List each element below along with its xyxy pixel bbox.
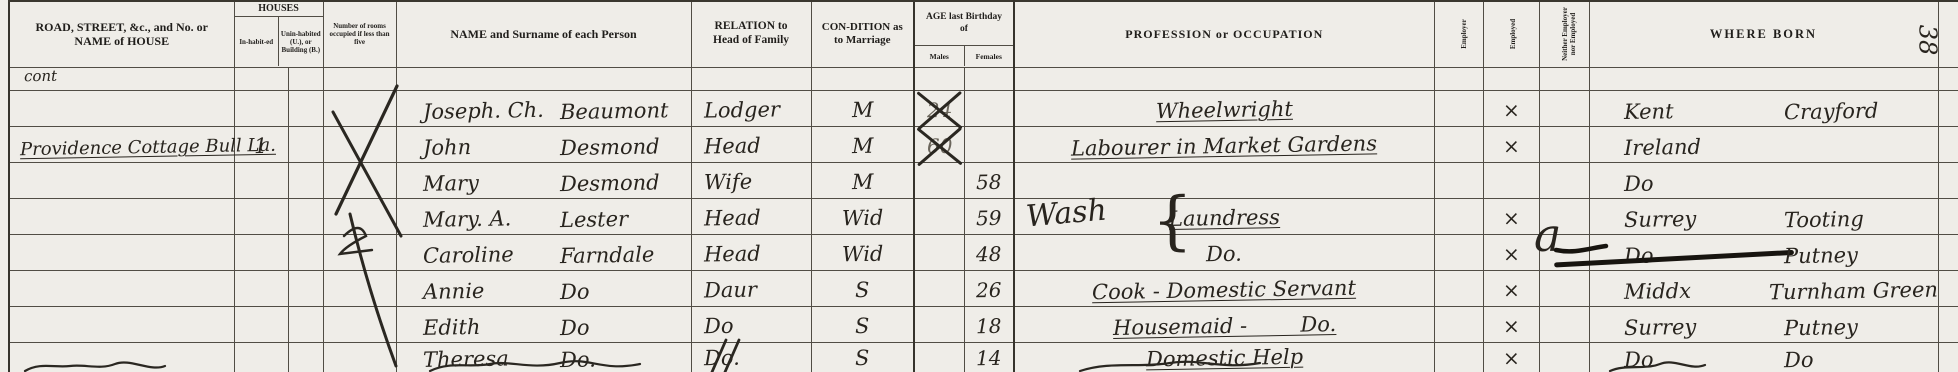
- age-female-value: 18: [976, 315, 1002, 335]
- born-county: Middx: [1589, 279, 1762, 303]
- condition-value: S: [855, 315, 870, 336]
- name-cell: EdithDo: [396, 306, 691, 342]
- age-male-cell: [914, 67, 964, 90]
- males-header-label: Males: [915, 46, 964, 66]
- employed-cell: ×: [1483, 342, 1539, 372]
- age-female-cell: 48: [964, 234, 1014, 270]
- name-cell: MaryDesmond: [396, 162, 691, 198]
- employer-cell: [1434, 234, 1483, 270]
- age-male-cell: [914, 306, 964, 342]
- rooms-header-label: Number of rooms occupied if less than fi…: [324, 22, 396, 47]
- forename: Theresa: [396, 347, 553, 371]
- relation-cell: [691, 67, 811, 90]
- relation-cell: Daur: [691, 270, 811, 306]
- uninhabited-cell: [288, 90, 323, 126]
- employer-cell: [1434, 342, 1483, 372]
- inhabited-cell: [234, 198, 288, 234]
- neither-cell: [1539, 198, 1589, 234]
- born-place: Turnham Green: [1762, 279, 1937, 303]
- age-female-cell: 26: [964, 270, 1014, 306]
- road-cell: Providence Cottage Bull La.: [9, 126, 234, 162]
- occupation-cell: Labourer in Market Gardens: [1014, 126, 1434, 162]
- surname: Desmond: [553, 171, 690, 194]
- born-county: Ireland: [1589, 135, 1777, 159]
- born-cell: SurreyPutney: [1589, 306, 1938, 342]
- occupation-value: Labourer in Market Gardens: [1071, 133, 1377, 159]
- age-female-value: 48: [976, 243, 1002, 263]
- age-male-crossed: 60: [926, 135, 952, 155]
- age-female-value: 26: [976, 279, 1002, 299]
- edge-cell: [1938, 306, 1958, 342]
- age-subheaders: Males Females: [915, 46, 1013, 66]
- inhabited-cell: [234, 234, 288, 270]
- employed-mark: ×: [1502, 315, 1519, 335]
- born-place: Putney: [1777, 243, 1937, 267]
- census-table: ROAD, STREET, &c., and No. or NAME of HO…: [8, 0, 1958, 372]
- road-cell: [9, 342, 234, 372]
- road-cell: [9, 198, 234, 234]
- age-male-cell: [914, 270, 964, 306]
- employed-cell: ×: [1483, 306, 1539, 342]
- employer-header-label: Employer: [1441, 5, 1484, 63]
- houses-subheaders: In-habit-ed Unin-habited (U.), or Buildi…: [235, 17, 323, 66]
- relation-value: Daur: [703, 279, 756, 301]
- condition-value: M: [851, 135, 873, 156]
- females-header-label: Females: [964, 46, 1014, 66]
- neither-cell: [1539, 342, 1589, 372]
- surname: Farndale: [553, 243, 690, 266]
- census-row-farndale: CarolineFarndale Head Wid 48 Do. × DoPut…: [9, 234, 1958, 270]
- name-cell: Joseph. Ch.Beaumont: [396, 90, 691, 126]
- col-header-relation: RELATION to Head of Family: [691, 1, 811, 67]
- age-male-cell: 60: [914, 126, 964, 162]
- continuation-mark: cont: [24, 68, 57, 84]
- road-cell: [9, 90, 234, 126]
- employer-cell: [1434, 162, 1483, 198]
- surname: Beaumont: [553, 99, 690, 122]
- edge-cell: [1938, 234, 1958, 270]
- neither-cell: [1539, 270, 1589, 306]
- name-cell: AnnieDo: [396, 270, 691, 306]
- condition-value: S: [855, 347, 870, 368]
- relation-value: Head: [703, 207, 760, 229]
- employed-mark: ×: [1502, 99, 1519, 119]
- road-header-label: ROAD, STREET, &c., and No. or NAME of HO…: [10, 20, 234, 49]
- born-cell: Do: [1589, 162, 1938, 198]
- inhabited-cell: [234, 270, 288, 306]
- uninhabited-cell: [288, 234, 323, 270]
- occupation-value: Domestic Help: [1146, 346, 1303, 370]
- occupation-value: Laundress: [1169, 207, 1280, 230]
- neither-cell: [1539, 90, 1589, 126]
- rooms-cell: [323, 270, 396, 306]
- surname-ditto: Do: [553, 279, 690, 302]
- road-cell: [9, 270, 234, 306]
- road-cell: [9, 234, 234, 270]
- edge-cell: [1938, 270, 1958, 306]
- occupation-header-label: PROFESSION or OCCUPATION: [1015, 27, 1434, 41]
- employed-cell: ×: [1483, 90, 1539, 126]
- age-male-cell: [914, 342, 964, 372]
- employed-cell: ×: [1483, 234, 1539, 270]
- name-cell: Mary. A.Lester: [396, 198, 691, 234]
- employer-cell: [1434, 126, 1483, 162]
- age-group-label: AGE last Birthday of: [915, 2, 1013, 46]
- uninhabited-cell: [288, 67, 323, 90]
- census-row-john-desmond: Providence Cottage Bull La. 1 JohnDesmon…: [9, 126, 1958, 162]
- neither-cell: [1539, 162, 1589, 198]
- census-row-lester: Mary. A.Lester Head Wid 59 Laundress × S…: [9, 198, 1958, 234]
- age-female-cell: 58: [964, 162, 1014, 198]
- employed-cell: ×: [1483, 198, 1539, 234]
- inhabited-cell: [234, 306, 288, 342]
- born-county: Surrey: [1589, 207, 1777, 231]
- relation-value: Head: [703, 243, 760, 265]
- occupation-cell: Do.: [1014, 234, 1434, 270]
- neither-cell: [1539, 126, 1589, 162]
- occupation-value: Housemaid - Do.: [1112, 314, 1336, 339]
- col-header-neither: Neither Employer nor Employed: [1539, 1, 1589, 67]
- col-header-employer: Employer: [1434, 1, 1483, 67]
- employed-header-label: Employed: [1490, 5, 1536, 63]
- col-header-name: NAME and Surname of each Person: [396, 1, 691, 67]
- condition-cell: M: [811, 126, 914, 162]
- inhabited-cell: [234, 67, 288, 90]
- uninhabited-cell: [288, 306, 323, 342]
- born-cell: [1589, 67, 1938, 90]
- employed-cell: ×: [1483, 270, 1539, 306]
- condition-cell: [811, 67, 914, 90]
- age-female-cell: [964, 67, 1014, 90]
- born-cell: MiddxTurnham Green: [1589, 270, 1938, 306]
- born-cell: DoPutney: [1589, 234, 1938, 270]
- uninhabited-cell: [288, 198, 323, 234]
- col-header-houses: HOUSES In-habit-ed Unin-habited (U.), or…: [234, 1, 323, 67]
- condition-cell: S: [811, 342, 914, 372]
- born-county: Kent: [1589, 99, 1777, 123]
- age-female-value: 59: [976, 207, 1002, 227]
- occupation-cell: [1014, 67, 1434, 90]
- col-header-occupation: PROFESSION or OCCUPATION: [1014, 1, 1434, 67]
- age-female-cell: [964, 126, 1014, 162]
- rooms-cell: [323, 306, 396, 342]
- name-cell: CarolineFarndale: [396, 234, 691, 270]
- age-female-cell: [964, 90, 1014, 126]
- surname-ditto: Do: [553, 315, 690, 338]
- employer-cell: [1434, 67, 1483, 90]
- condition-value: Wid: [841, 243, 883, 265]
- uninhabited-cell: [288, 342, 323, 372]
- forename: Edith: [396, 315, 553, 339]
- born-place: Tooting: [1777, 207, 1937, 231]
- inhabited-cell: [234, 90, 288, 126]
- occupation-cell: [1014, 162, 1434, 198]
- census-row-edith: EdithDo Do S 18 Housemaid - Do. × Surrey…: [9, 306, 1958, 342]
- rooms-cell: [323, 126, 396, 162]
- born-place: Putney: [1777, 315, 1937, 339]
- surname: Desmond: [553, 135, 690, 158]
- employer-cell: [1434, 270, 1483, 306]
- occupation-value: Cook - Domestic Servant: [1092, 277, 1356, 303]
- occupation-cell: Cook - Domestic Servant: [1014, 270, 1434, 306]
- age-female-cell: 14: [964, 342, 1014, 372]
- name-cell: [396, 67, 691, 90]
- occupation-value: Do.: [1206, 243, 1242, 265]
- employer-cell: [1434, 90, 1483, 126]
- road-cell: cont: [9, 67, 234, 90]
- born-place: [1777, 135, 1937, 159]
- edge-cell: [1938, 126, 1958, 162]
- born-county: Surrey: [1589, 315, 1777, 339]
- relation-cell: Wife: [691, 162, 811, 198]
- col-header-road: ROAD, STREET, &c., and No. or NAME of HO…: [9, 1, 234, 67]
- condition-cell: Wid: [811, 234, 914, 270]
- uninhabited-cell: [288, 162, 323, 198]
- census-row-mary-desmond: MaryDesmond Wife M 58 Do: [9, 162, 1958, 198]
- relation-cell: Head: [691, 198, 811, 234]
- inhabited-cell: [234, 162, 288, 198]
- neither-cell: [1539, 67, 1589, 90]
- relation-cell: Lodger: [691, 90, 811, 126]
- edge-cell: [1938, 67, 1958, 90]
- age-female-cell: 59: [964, 198, 1014, 234]
- employer-cell: [1434, 306, 1483, 342]
- employed-cell: [1483, 67, 1539, 90]
- age-male-cell: [914, 198, 964, 234]
- neither-header-label: Neither Employer nor Employed: [1546, 5, 1590, 63]
- forename: Mary. A.: [396, 207, 553, 231]
- rooms-cell: [323, 162, 396, 198]
- road-value: Providence Cottage Bull La.: [20, 136, 276, 158]
- surname: Lester: [553, 207, 690, 230]
- born-county: Do: [1589, 171, 1777, 195]
- age-female-value: 58: [976, 171, 1002, 191]
- condition-value: M: [851, 171, 873, 192]
- neither-cell: [1539, 306, 1589, 342]
- sheet-edge-strip: [1938, 1, 1958, 67]
- rooms-cell: [323, 198, 396, 234]
- condition-value: Wid: [841, 207, 883, 229]
- born-cell: DoDo: [1589, 342, 1938, 372]
- born-header-label: WHERE BORN: [1590, 27, 1938, 42]
- condition-cell: M: [811, 162, 914, 198]
- relation-cell: Head: [691, 234, 811, 270]
- col-header-rooms: Number of rooms occupied if less than fi…: [323, 1, 396, 67]
- rooms-cell: [323, 67, 396, 90]
- name-cell: JohnDesmond: [396, 126, 691, 162]
- employed-mark: ×: [1502, 243, 1519, 263]
- condition-cell: S: [811, 306, 914, 342]
- age-male-cell: [914, 234, 964, 270]
- header-row: ROAD, STREET, &c., and No. or NAME of HO…: [9, 1, 1958, 67]
- age-female-cell: 18: [964, 306, 1014, 342]
- employed-cell: ×: [1483, 126, 1539, 162]
- col-header-born: WHERE BORN: [1589, 1, 1938, 67]
- employer-cell: [1434, 198, 1483, 234]
- condition-cell: Wid: [811, 198, 914, 234]
- col-header-condition: CON-DITION as to Marriage: [811, 1, 914, 67]
- born-county-struck: Do: [1589, 243, 1777, 267]
- road-cell: [9, 162, 234, 198]
- rooms-cell: [323, 234, 396, 270]
- census-row-annie: AnnieDo Daur S 26 Cook - Domestic Servan…: [9, 270, 1958, 306]
- relation-cell: Do: [691, 306, 811, 342]
- col-header-employed: Employed: [1483, 1, 1539, 67]
- occupation-cell: Housemaid - Do.: [1014, 306, 1434, 342]
- relation-value: Wife: [703, 171, 751, 193]
- condition-value: S: [855, 279, 870, 300]
- inhabited-value: 1: [254, 135, 268, 156]
- occupation-cell: Wheelwright: [1014, 90, 1434, 126]
- condition-value: M: [851, 99, 873, 120]
- continuation-row: cont: [9, 67, 1958, 90]
- relation-cell: Do.: [691, 342, 811, 372]
- employed-mark: ×: [1502, 347, 1519, 367]
- forename: Mary: [396, 171, 553, 195]
- forename: Caroline: [396, 243, 553, 267]
- age-male-cell: [914, 162, 964, 198]
- age-male-cell: 24: [914, 90, 964, 126]
- edge-cell: [1938, 162, 1958, 198]
- condition-cell: M: [811, 90, 914, 126]
- col-header-age: AGE last Birthday of Males Females: [914, 1, 1014, 67]
- relation-value: Head: [703, 135, 760, 157]
- born-cell: SurreyTooting: [1589, 198, 1938, 234]
- employed-mark: ×: [1502, 279, 1519, 299]
- rooms-cell: [323, 342, 396, 372]
- edge-cell: [1938, 90, 1958, 126]
- employed-mark: ×: [1502, 207, 1519, 227]
- uninhabited-header-label: Unin-habited (U.), or Building (B.): [278, 17, 323, 66]
- condition-header-label: CON-DITION as to Marriage: [812, 21, 914, 47]
- born-place: Crayford: [1777, 99, 1937, 123]
- inhabited-header-label: In-habit-ed: [235, 17, 279, 66]
- census-row-beaumont: Joseph. Ch.Beaumont Lodger M 24 Wheelwri…: [9, 90, 1958, 126]
- born-place: Do: [1777, 347, 1937, 371]
- uninhabited-cell: [288, 270, 323, 306]
- occupation-cell: Domestic Help: [1014, 342, 1434, 372]
- uninhabited-cell: [288, 126, 323, 162]
- employed-cell: [1483, 162, 1539, 198]
- forename: John: [396, 135, 553, 159]
- name-cell: TheresaDo.: [396, 342, 691, 372]
- forename: Annie: [396, 279, 553, 303]
- age-male-crossed: 24: [926, 99, 952, 119]
- relation-value: Lodger: [703, 99, 779, 121]
- age-female-value: 14: [976, 347, 1002, 367]
- occupation-cell: Laundress: [1014, 198, 1434, 234]
- edge-cell: [1938, 198, 1958, 234]
- relation-value: Do.: [703, 347, 739, 369]
- born-county: Do: [1589, 347, 1777, 371]
- relation-header-label: RELATION to Head of Family: [692, 20, 811, 48]
- inhabited-cell: [234, 342, 288, 372]
- born-cell: Ireland: [1589, 126, 1938, 162]
- condition-cell: S: [811, 270, 914, 306]
- census-sheet-scan: ROAD, STREET, &c., and No. or NAME of HO…: [0, 0, 1958, 372]
- relation-value: Do: [703, 315, 733, 337]
- relation-cell: Head: [691, 126, 811, 162]
- census-row-theresa: TheresaDo. Do. S 14 Domestic Help × DoDo: [9, 342, 1958, 372]
- rooms-cell: [323, 90, 396, 126]
- forename: Joseph. Ch.: [396, 99, 553, 123]
- occupation-value: Wheelwright: [1156, 98, 1293, 121]
- name-header-label: NAME and Surname of each Person: [397, 27, 691, 41]
- road-cell: [9, 306, 234, 342]
- houses-group-label: HOUSES: [235, 2, 323, 17]
- born-place: [1777, 171, 1937, 195]
- edge-cell: [1938, 342, 1958, 372]
- employed-mark: ×: [1502, 135, 1519, 155]
- born-cell: KentCrayford: [1589, 90, 1938, 126]
- surname-ditto: Do.: [553, 347, 690, 370]
